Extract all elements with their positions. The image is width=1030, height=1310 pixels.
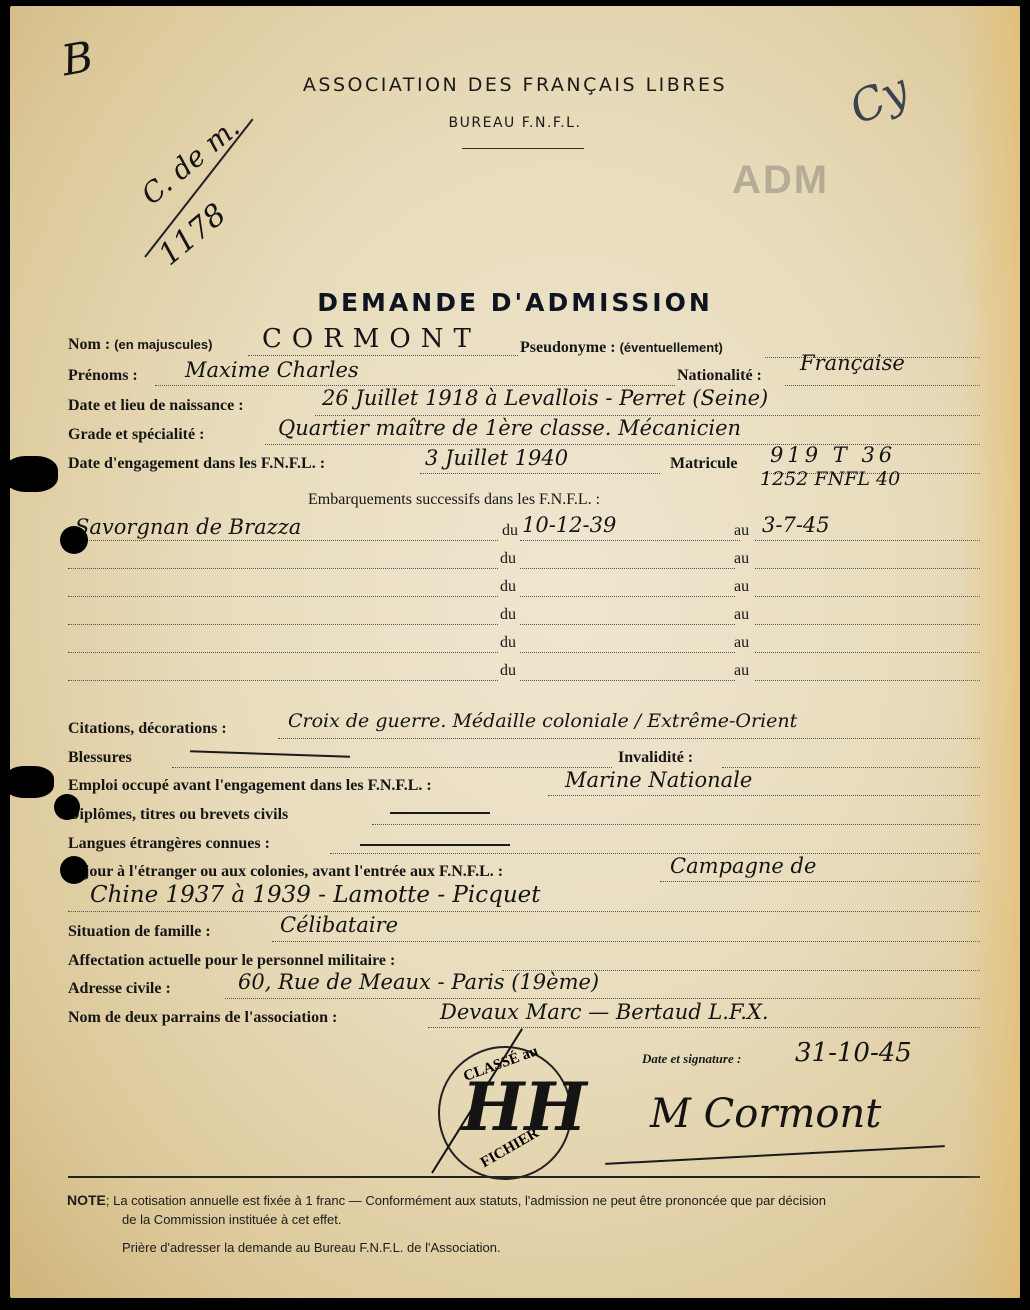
pseudonyme-label-text: Pseudonyme :	[520, 339, 616, 356]
embarquement-du-field[interactable]	[520, 680, 735, 681]
emploi-field[interactable]: Marine Nationale	[565, 768, 752, 792]
diplomes-field[interactable]	[390, 812, 490, 814]
emploi-line	[548, 795, 980, 796]
embarquement-du-field[interactable]	[520, 596, 735, 597]
nationalite-line	[785, 385, 980, 386]
adresse-label: Adresse civile :	[68, 980, 171, 998]
note-text-line1: ; La cotisation annuelle est fixée à 1 f…	[106, 1193, 826, 1208]
au-label: au	[734, 634, 749, 652]
du-label: du	[500, 634, 516, 652]
du-label: du	[502, 522, 518, 540]
signature-label: Date et signature :	[642, 1051, 741, 1067]
affectation-label: Affectation actuelle pour le personnel m…	[68, 952, 395, 970]
sejour-line	[660, 881, 980, 882]
du-label: du	[500, 550, 516, 568]
pseudonyme-label-note: (éventuellement)	[620, 340, 723, 355]
note-line1: NOTE; La cotisation annuelle est fixée à…	[67, 1192, 997, 1208]
nom-label-note: (en majuscules)	[114, 337, 212, 352]
bureau-name: BUREAU F.N.F.L.	[10, 115, 1020, 131]
signature-date-field[interactable]: 31-10-45	[795, 1038, 912, 1068]
organization-name: ASSOCIATION DES FRANÇAIS LIBRES	[10, 74, 1020, 96]
embarquement-au-field[interactable]: 3-7-45	[762, 513, 830, 537]
langues-label: Langues étrangères connues :	[68, 835, 270, 853]
stamp-hatch-mark: HH	[462, 1068, 587, 1146]
embarquement-ship-field[interactable]	[68, 652, 498, 653]
famille-line	[272, 941, 980, 942]
au-label: au	[734, 662, 749, 680]
grade-label: Grade et spécialité :	[68, 426, 204, 444]
sejour-line-2	[68, 911, 980, 912]
note-line3: Prière d'adresser la demande au Bureau F…	[122, 1240, 501, 1255]
note-label: NOTE	[67, 1192, 106, 1208]
langues-field[interactable]	[360, 844, 510, 846]
parrains-line	[428, 1027, 980, 1028]
embarquement-du-field[interactable]: 10-12-39	[522, 513, 616, 537]
au-label: au	[734, 578, 749, 596]
sejour-label: Séjour à l'étranger ou aux colonies, ava…	[68, 863, 503, 881]
embarquement-au-field[interactable]	[755, 596, 980, 597]
embarquement-du-field[interactable]	[520, 652, 735, 653]
embarquement-au-field[interactable]	[755, 652, 980, 653]
nom-line	[248, 355, 518, 356]
embarquement-ship-field[interactable]	[68, 596, 498, 597]
nationalite-field[interactable]: Française	[800, 351, 905, 375]
invalidite-label: Invalidité :	[618, 749, 693, 767]
signature-underline	[605, 1145, 945, 1165]
embarquement-ship-field[interactable]: Savorgnan de Brazza	[75, 515, 301, 539]
famille-label: Situation de famille :	[68, 923, 211, 941]
citations-line	[278, 738, 980, 739]
du-label: du	[500, 578, 516, 596]
embarquement-du-field[interactable]	[520, 624, 735, 625]
parrains-label: Nom de deux parrains de l'association :	[68, 1009, 337, 1027]
naissance-field[interactable]: 26 Juillet 1918 à Levallois - Perret (Se…	[322, 386, 768, 410]
au-label: au	[734, 522, 749, 540]
nom-label-text: Nom :	[68, 336, 110, 353]
embarquement-au-field[interactable]	[755, 624, 980, 625]
matricule-field-line2[interactable]: 1252 FNFL 40	[760, 468, 900, 490]
sejour-field-line2[interactable]: Chine 1937 à 1939 - Lamotte - Picquet	[90, 882, 541, 908]
torn-edge	[4, 766, 54, 798]
file-reference-line2: 1178	[152, 197, 233, 273]
du-label: du	[500, 606, 516, 624]
invalidite-field[interactable]	[722, 767, 980, 768]
blessures-field[interactable]	[190, 750, 350, 758]
du-label: du	[500, 662, 516, 680]
sejour-field-line1[interactable]: Campagne de	[670, 854, 816, 878]
punch-hole	[60, 856, 88, 884]
embarquement-ship-field[interactable]	[68, 680, 498, 681]
bottom-divider	[68, 1176, 980, 1178]
header-divider	[462, 148, 584, 149]
engagement-field[interactable]: 3 Juillet 1940	[425, 446, 568, 470]
matricule-field-line1[interactable]: 919 T 36	[770, 443, 896, 467]
emploi-label: Emploi occupé avant l'engagement dans le…	[68, 777, 432, 795]
adresse-field[interactable]: 60, Rue de Meaux - Paris (19ème)	[238, 970, 599, 994]
pseudonyme-label: Pseudonyme : (éventuellement)	[520, 339, 723, 357]
classe-au-fichier-stamp: CLASSÉ au FICHIER HH	[438, 1046, 572, 1180]
page-title: DEMANDE D'ADMISSION	[10, 288, 1020, 317]
au-label: au	[734, 550, 749, 568]
embarquement-ship-line	[68, 540, 498, 541]
au-label: au	[734, 606, 749, 624]
admission-form-page: B Cy ADM C. de m. 1178 ASSOCIATION DES F…	[10, 6, 1020, 1298]
langues-line	[330, 853, 980, 854]
embarquement-du-field[interactable]	[520, 568, 735, 569]
prenoms-field[interactable]: Maxime Charles	[185, 358, 359, 382]
diplomes-label: Diplômes, titres ou brevets civils	[68, 806, 288, 824]
signature-field[interactable]: M Cormont	[650, 1091, 881, 1137]
adresse-line	[225, 998, 980, 999]
naissance-label: Date et lieu de naissance :	[68, 397, 244, 415]
engagement-line	[420, 473, 660, 474]
blessures-line	[172, 767, 612, 768]
citations-field[interactable]: Croix de guerre. Médaille coloniale / Ex…	[288, 710, 797, 732]
adm-stamp: ADM	[732, 158, 829, 203]
famille-field[interactable]: Célibataire	[280, 913, 398, 937]
engagement-label: Date d'engagement dans les F.N.F.L. :	[68, 455, 325, 473]
embarquement-ship-field[interactable]	[68, 568, 498, 569]
citations-label: Citations, décorations :	[68, 720, 227, 738]
du-line	[520, 540, 740, 541]
grade-field[interactable]: Quartier maître de 1ère classe. Mécanici…	[278, 416, 741, 440]
punch-hole	[54, 794, 80, 820]
embarquement-au-field[interactable]	[755, 680, 980, 681]
punch-hole	[60, 526, 88, 554]
nom-field[interactable]: CORMONT	[262, 324, 481, 354]
embarquements-heading: Embarquements successifs dans les F.N.F.…	[308, 491, 600, 509]
blessures-label: Blessures	[68, 749, 132, 767]
nom-label: Nom : (en majuscules)	[68, 336, 212, 354]
parrains-field[interactable]: Devaux Marc — Bertaud L.F.X.	[440, 1000, 769, 1024]
embarquement-au-field[interactable]	[755, 568, 980, 569]
diplomes-line	[372, 824, 980, 825]
au-line	[755, 540, 980, 541]
matricule-label: Matricule	[670, 455, 738, 473]
torn-edge	[4, 456, 58, 492]
embarquement-ship-field[interactable]	[68, 624, 498, 625]
nationalite-label: Nationalité :	[677, 367, 762, 385]
prenoms-label: Prénoms :	[68, 367, 138, 385]
note-line2: de la Commission instituée à cet effet.	[122, 1212, 341, 1227]
